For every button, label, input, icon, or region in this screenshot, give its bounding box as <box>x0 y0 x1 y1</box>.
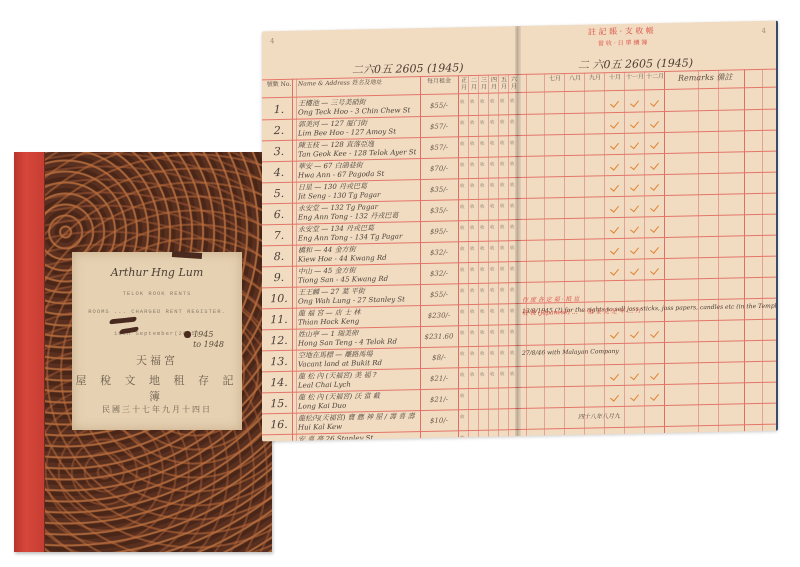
paid-stamp: 收 <box>460 372 465 378</box>
paid-stamp: 收 <box>480 288 485 294</box>
paid-stamp: 收 <box>500 119 505 125</box>
column-divider <box>478 75 479 437</box>
paid-stamp: 收 <box>500 182 505 188</box>
row-number: 12. <box>270 334 288 347</box>
paid-stamp: 收 <box>470 267 475 273</box>
col-head-month: 四月 <box>489 76 499 90</box>
paid-stamp: 收 <box>460 99 465 105</box>
row-rule <box>518 109 776 115</box>
paid-stamp: 收 <box>460 183 465 189</box>
column-divider <box>420 76 421 438</box>
paid-check-icon <box>650 370 659 379</box>
paid-stamp: 收 <box>470 162 475 168</box>
column-divider <box>604 72 605 434</box>
paid-check-icon <box>610 203 619 212</box>
row-number: 6. <box>270 208 288 221</box>
col-head-month: 二月 <box>469 77 479 91</box>
paid-check-icon <box>630 245 639 254</box>
row-number: 5. <box>270 187 288 200</box>
col-head-month: 五月 <box>499 76 509 90</box>
row-rule <box>518 424 776 430</box>
ledger-note: 四九年八月九日 <box>578 432 620 436</box>
column-divider <box>488 75 489 437</box>
col-head-month: 十二月 <box>645 73 665 80</box>
paid-stamp: 收 <box>480 99 485 105</box>
paid-stamp: 收 <box>500 371 505 377</box>
monthly-rent: $57/- <box>424 143 454 152</box>
row-number: 11. <box>270 313 288 326</box>
row-rule <box>518 172 776 178</box>
row-number: 4. <box>270 166 288 179</box>
paid-stamp: 收 <box>510 182 515 188</box>
monthly-rent: $50/- <box>424 437 454 441</box>
paid-stamp: 收 <box>510 98 515 104</box>
paid-stamp: 收 <box>470 330 475 336</box>
monthly-rent: $8/- <box>424 353 454 362</box>
monthly-rent: $35/- <box>424 185 454 194</box>
paid-stamp: 收 <box>470 246 475 252</box>
row-rule <box>518 361 776 367</box>
paid-stamp: 收 <box>490 99 495 105</box>
paid-check-icon <box>610 266 619 275</box>
tenant-entry: 郭美河 — 127 厦门街Lim Bee Hoo - 127 Amoy St <box>298 118 416 138</box>
paid-stamp: 收 <box>460 204 465 210</box>
paid-check-icon <box>650 265 659 274</box>
paid-stamp: 收 <box>490 141 495 147</box>
paid-stamp: 收 <box>480 162 485 168</box>
paid-stamp: 收 <box>460 309 465 315</box>
row-number: 3. <box>270 145 288 158</box>
paid-stamp: 收 <box>500 308 505 314</box>
monthly-rent: $35/- <box>424 206 454 215</box>
paid-check-icon <box>650 160 659 169</box>
book-gutter <box>515 26 521 436</box>
year-start: 1945 <box>193 330 224 340</box>
tenant-entry: 安 喜 亭 26 Stanley StAng Hee Teng <box>298 433 416 441</box>
col-head-month: 七月 <box>545 75 565 82</box>
paid-check-icon <box>630 224 639 233</box>
row-rule <box>518 340 776 346</box>
paid-stamp: 收 <box>480 372 485 378</box>
paid-stamp: 收 <box>490 267 495 273</box>
col-head-no: 號數 No. <box>266 81 292 89</box>
paid-check-icon <box>650 244 659 253</box>
paid-stamp: 收 <box>460 393 465 399</box>
tenant-entry: 姓山亭 — 1 瑞美卵Hong San Teng - 4 Telok Rd <box>298 328 416 348</box>
tenant-entry: 龍 松 內 (天福宮) 沃 當 載Long Kai Duo <box>298 391 416 411</box>
paid-stamp: 收 <box>470 372 475 378</box>
paid-stamp: 收 <box>490 246 495 252</box>
row-rule <box>518 151 776 157</box>
tenant-name-cn: 安 喜 亭 26 Stanley St <box>298 433 416 441</box>
monthly-rent: $55/- <box>424 101 454 110</box>
paid-stamp: 收 <box>460 141 465 147</box>
paid-stamp: 收 <box>460 162 465 168</box>
column-divider <box>718 70 719 432</box>
paid-stamp: 收 <box>490 288 495 294</box>
paid-stamp: 收 <box>510 203 515 209</box>
paid-stamp: 收 <box>490 162 495 168</box>
paid-stamp: 收 <box>470 120 475 126</box>
paid-stamp: 收 <box>510 308 515 314</box>
row-number: 9. <box>270 271 288 284</box>
monthly-rent: $70/- <box>424 164 454 173</box>
paid-stamp: 收 <box>500 245 505 251</box>
paid-stamp: 收 <box>490 225 495 231</box>
column-divider <box>762 69 763 431</box>
paid-stamp: 收 <box>500 161 505 167</box>
paid-stamp: 收 <box>500 98 505 104</box>
paid-stamp: 收 <box>480 225 485 231</box>
red-cloth-spine <box>14 152 45 552</box>
monthly-rent: $55/- <box>424 290 454 299</box>
tenant-entry: 王樓池 — 三号美硝街Ong Teck Hoo - 3 Chin Chew St <box>298 97 416 117</box>
red-header-line-1: 註 記 賬 · 支 收 帳 <box>588 25 654 37</box>
paid-stamp: 收 <box>460 435 465 441</box>
column-divider <box>698 70 699 432</box>
monthly-rent: $10/- <box>424 416 454 425</box>
paid-check-icon <box>630 98 639 107</box>
tenant-entry: 龍松內(天福宮) 寶 應 神 屋 / 壽 喜 壽Hui Kal Kew <box>298 412 416 432</box>
paid-check-icon <box>650 118 659 127</box>
row-number: 7. <box>270 229 288 242</box>
paid-stamp: 收 <box>510 245 515 251</box>
row-number: 8. <box>270 250 288 263</box>
column-divider <box>292 79 293 441</box>
paid-stamp: 收 <box>480 120 485 126</box>
monthly-rent: $57/- <box>424 122 454 131</box>
paid-stamp: 收 <box>470 183 475 189</box>
paid-stamp: 收 <box>490 372 495 378</box>
ledger-grid: 號數 No. Name & Address 姓名及地址 每月租金 正月 二月 三… <box>262 74 518 441</box>
tenant-entry: 橋和 — 44 金方街Kiew Hoe - 44 Kwang Rd <box>298 244 416 264</box>
monthly-rent: $230/- <box>424 311 454 320</box>
paid-stamp: 收 <box>470 309 475 315</box>
column-divider <box>564 73 565 435</box>
paid-check-icon <box>650 391 659 400</box>
column-divider <box>584 73 585 435</box>
column-divider <box>644 71 645 433</box>
row-rule <box>518 214 776 220</box>
paid-check-icon <box>650 328 659 337</box>
tenant-entry: 永安堂 — 134 丹戎巴葛Eng Ann Tong - 134 Tg Paga… <box>298 223 416 243</box>
paid-check-icon <box>610 161 619 170</box>
label-tear <box>109 317 137 325</box>
paid-stamp: 收 <box>460 414 465 420</box>
row-rule <box>518 277 776 283</box>
paid-stamp: 收 <box>470 225 475 231</box>
open-ledger: 4 二六0五 2605 (1945) 號數 No. Name & Address… <box>262 13 778 450</box>
paid-stamp: 收 <box>460 267 465 273</box>
row-number: 2. <box>270 124 288 137</box>
paid-stamp: 收 <box>480 267 485 273</box>
column-divider <box>624 72 625 434</box>
paid-check-icon <box>610 140 619 149</box>
row-number: 15. <box>270 397 288 410</box>
paid-check-icon <box>630 161 639 170</box>
col-head-month: 十月 <box>605 74 625 81</box>
row-rule <box>518 193 776 199</box>
handwritten-years: 1945 to 1948 <box>193 330 224 350</box>
col-head-month: 九月 <box>585 74 605 81</box>
paid-check-icon <box>630 371 639 380</box>
paid-stamp: 收 <box>510 224 515 230</box>
paid-check-icon <box>650 139 659 148</box>
paid-stamp: 收 <box>500 329 505 335</box>
tenant-entry: 華安 — 67 白鴿巷街Hwa Ann - 67 Pagoda St <box>298 160 416 180</box>
paid-check-icon <box>610 182 619 191</box>
paid-check-icon <box>610 119 619 128</box>
paid-check-icon <box>650 202 659 211</box>
row-rule <box>518 319 776 325</box>
paid-stamp: 收 <box>500 287 505 293</box>
paid-stamp: 收 <box>470 288 475 294</box>
date-cn: 民國三十七年九月十四日 <box>72 404 242 415</box>
column-divider <box>508 74 509 436</box>
row-number: 14. <box>270 376 288 389</box>
paid-stamp: 收 <box>480 246 485 252</box>
paid-stamp: 收 <box>510 161 515 167</box>
tenant-entry: 中山 — 45 金方街Tiong San - 45 Kwang Rd <box>298 265 416 285</box>
paid-check-icon <box>630 140 639 149</box>
paid-stamp: 收 <box>500 140 505 146</box>
paid-check-icon <box>630 119 639 128</box>
paid-check-icon <box>630 266 639 275</box>
paid-check-icon <box>630 392 639 401</box>
paid-stamp: 收 <box>500 266 505 272</box>
red-header-line-2: 當 收 · 日 單 續 簿 <box>598 37 647 47</box>
column-divider <box>526 74 527 436</box>
col-head-month: 三月 <box>479 77 489 91</box>
year-end: to 1948 <box>193 340 224 350</box>
paid-check-icon <box>650 223 659 232</box>
paid-check-icon <box>610 245 619 254</box>
cover-label: Arthur Hng Lum TELOK ROOK RENTS ROOMS ..… <box>72 252 242 430</box>
paid-check-icon <box>610 224 619 233</box>
tenant-entry: 陳玉枝 — 128 直落亞逸Tan Geok Kee - 128 Telok A… <box>298 139 416 159</box>
row-number: 1. <box>270 103 288 116</box>
paid-stamp: 收 <box>500 350 505 356</box>
monthly-rent: $21/- <box>424 395 454 404</box>
paid-stamp: 收 <box>460 120 465 126</box>
row-rule <box>518 256 776 262</box>
paid-stamp: 收 <box>470 204 475 210</box>
paid-check-icon <box>650 181 659 190</box>
remarks-header: Remarks 備註 <box>678 72 732 84</box>
paid-stamp: 收 <box>490 351 495 357</box>
tenant-entry: 永安堂 — 132 Tg PagarEng Ann Tong - 132 丹戎巴… <box>298 202 416 222</box>
paid-stamp: 收 <box>470 141 475 147</box>
monthly-rent: $21/- <box>424 374 454 383</box>
monthly-rent: $32/- <box>424 269 454 278</box>
column-divider <box>458 75 459 437</box>
col-head-month: 十一月 <box>625 73 645 80</box>
monthly-rent: $95/- <box>424 227 454 236</box>
column-divider <box>664 71 665 433</box>
monthly-rent: $231.60 <box>424 332 454 341</box>
tenant-entry: 王王麟 — 27 葉 平街Ong Wah Lung - 27 Stanley S… <box>298 286 416 306</box>
tenant-entry: 龍 松 內 (天福宮) 美 福 ?Leal Chai Lych <box>298 370 416 390</box>
paid-check-icon <box>610 329 619 338</box>
paid-stamp: 收 <box>490 309 495 315</box>
column-divider <box>468 75 469 437</box>
label-tear <box>172 251 202 259</box>
typed-subtitle: ROOMS ... CHARGED RENT REGISTER. <box>78 308 236 315</box>
col-head-name: Name & Address 姓名及地址 <box>298 78 418 88</box>
paid-stamp: 收 <box>460 225 465 231</box>
ledger-note: 作 废 各 定 福 · 抵 也 <box>522 294 579 304</box>
paid-stamp: 收 <box>460 330 465 336</box>
column-divider <box>744 69 745 431</box>
row-rule <box>518 382 776 388</box>
paid-stamp: 收 <box>460 246 465 252</box>
tenant-entry: 空地在馬標 — 離路馬場Vacant land at Bukit Rd <box>298 349 416 369</box>
paid-stamp: 收 <box>510 266 515 272</box>
paid-check-icon <box>630 329 639 338</box>
column-divider <box>296 79 297 441</box>
paid-check-icon <box>610 98 619 107</box>
row-rule <box>518 130 776 136</box>
paid-stamp: 收 <box>460 288 465 294</box>
page-number: 4 <box>762 27 766 35</box>
paid-stamp: 收 <box>500 224 505 230</box>
ledger-cover: Arthur Hng Lum TELOK ROOK RENTS ROOMS ..… <box>14 152 272 552</box>
column-divider <box>498 74 499 436</box>
paid-stamp: 收 <box>480 330 485 336</box>
paid-stamp: 收 <box>490 204 495 210</box>
ledger-grid: 七月 八月 九月 十月 十一月 十二月 Remarks 備註 13/8/1945… <box>518 69 776 436</box>
temple-name: 天福宮 <box>72 352 242 368</box>
paid-check-icon <box>650 97 659 106</box>
paid-stamp: 收 <box>480 141 485 147</box>
paid-check-icon <box>610 371 619 380</box>
paid-check-icon <box>630 182 639 191</box>
row-rule <box>518 87 776 93</box>
row-number: 16. <box>270 418 288 431</box>
paid-stamp: 收 <box>510 371 515 377</box>
ledger-title-cn: 屋 稅 文 地 租 存 記 簿 <box>72 372 242 404</box>
left-page: 4 二六0五 2605 (1945) 號數 No. Name & Address… <box>262 26 518 441</box>
paid-stamp: 收 <box>480 183 485 189</box>
typed-title: TELOK ROOK RENTS <box>78 290 236 297</box>
paid-stamp: 收 <box>480 351 485 357</box>
row-number: 10. <box>270 292 288 305</box>
col-head-rent: 每月租金 <box>422 77 456 85</box>
col-head-month: 八月 <box>565 75 585 82</box>
paid-stamp: 收 <box>490 120 495 126</box>
paid-check-icon <box>610 392 619 401</box>
row-rule <box>518 403 776 409</box>
column-divider <box>544 73 545 435</box>
paid-stamp: 收 <box>500 203 505 209</box>
paid-stamp: 收 <box>470 351 475 357</box>
owner-signature: Arthur Hng Lum <box>72 266 242 279</box>
row-rule <box>518 235 776 241</box>
row-number: 13. <box>270 355 288 368</box>
col-head-month: 正月 <box>459 77 469 91</box>
ledger-note: 四十八年八月九 <box>578 411 620 421</box>
paid-stamp: 收 <box>480 204 485 210</box>
paid-stamp: 收 <box>510 329 515 335</box>
label-tear <box>184 331 191 338</box>
paid-stamp: 收 <box>480 309 485 315</box>
paid-stamp: 收 <box>470 99 475 105</box>
paid-stamp: 收 <box>510 287 515 293</box>
paid-stamp: 收 <box>490 183 495 189</box>
tenant-entry: 日星 — 130 丹戎巴葛Jit Seng - 130 Tg Pagar <box>298 181 416 201</box>
tenant-entry: 龍 福 宮 — 店 士 林Thian Hock Keng <box>298 307 416 327</box>
paid-stamp: 收 <box>510 350 515 356</box>
paid-stamp: 收 <box>490 330 495 336</box>
paid-check-icon <box>630 203 639 212</box>
page-number: 4 <box>270 37 274 45</box>
paid-stamp: 收 <box>510 119 515 125</box>
right-page: 4 註 記 賬 · 支 收 帳 當 收 · 日 單 續 簿 二 六0五 2605… <box>518 21 778 436</box>
paid-stamp: 收 <box>510 140 515 146</box>
row-number: 17. <box>270 439 288 442</box>
paid-stamp: 收 <box>460 351 465 357</box>
monthly-rent: $32/- <box>424 248 454 257</box>
